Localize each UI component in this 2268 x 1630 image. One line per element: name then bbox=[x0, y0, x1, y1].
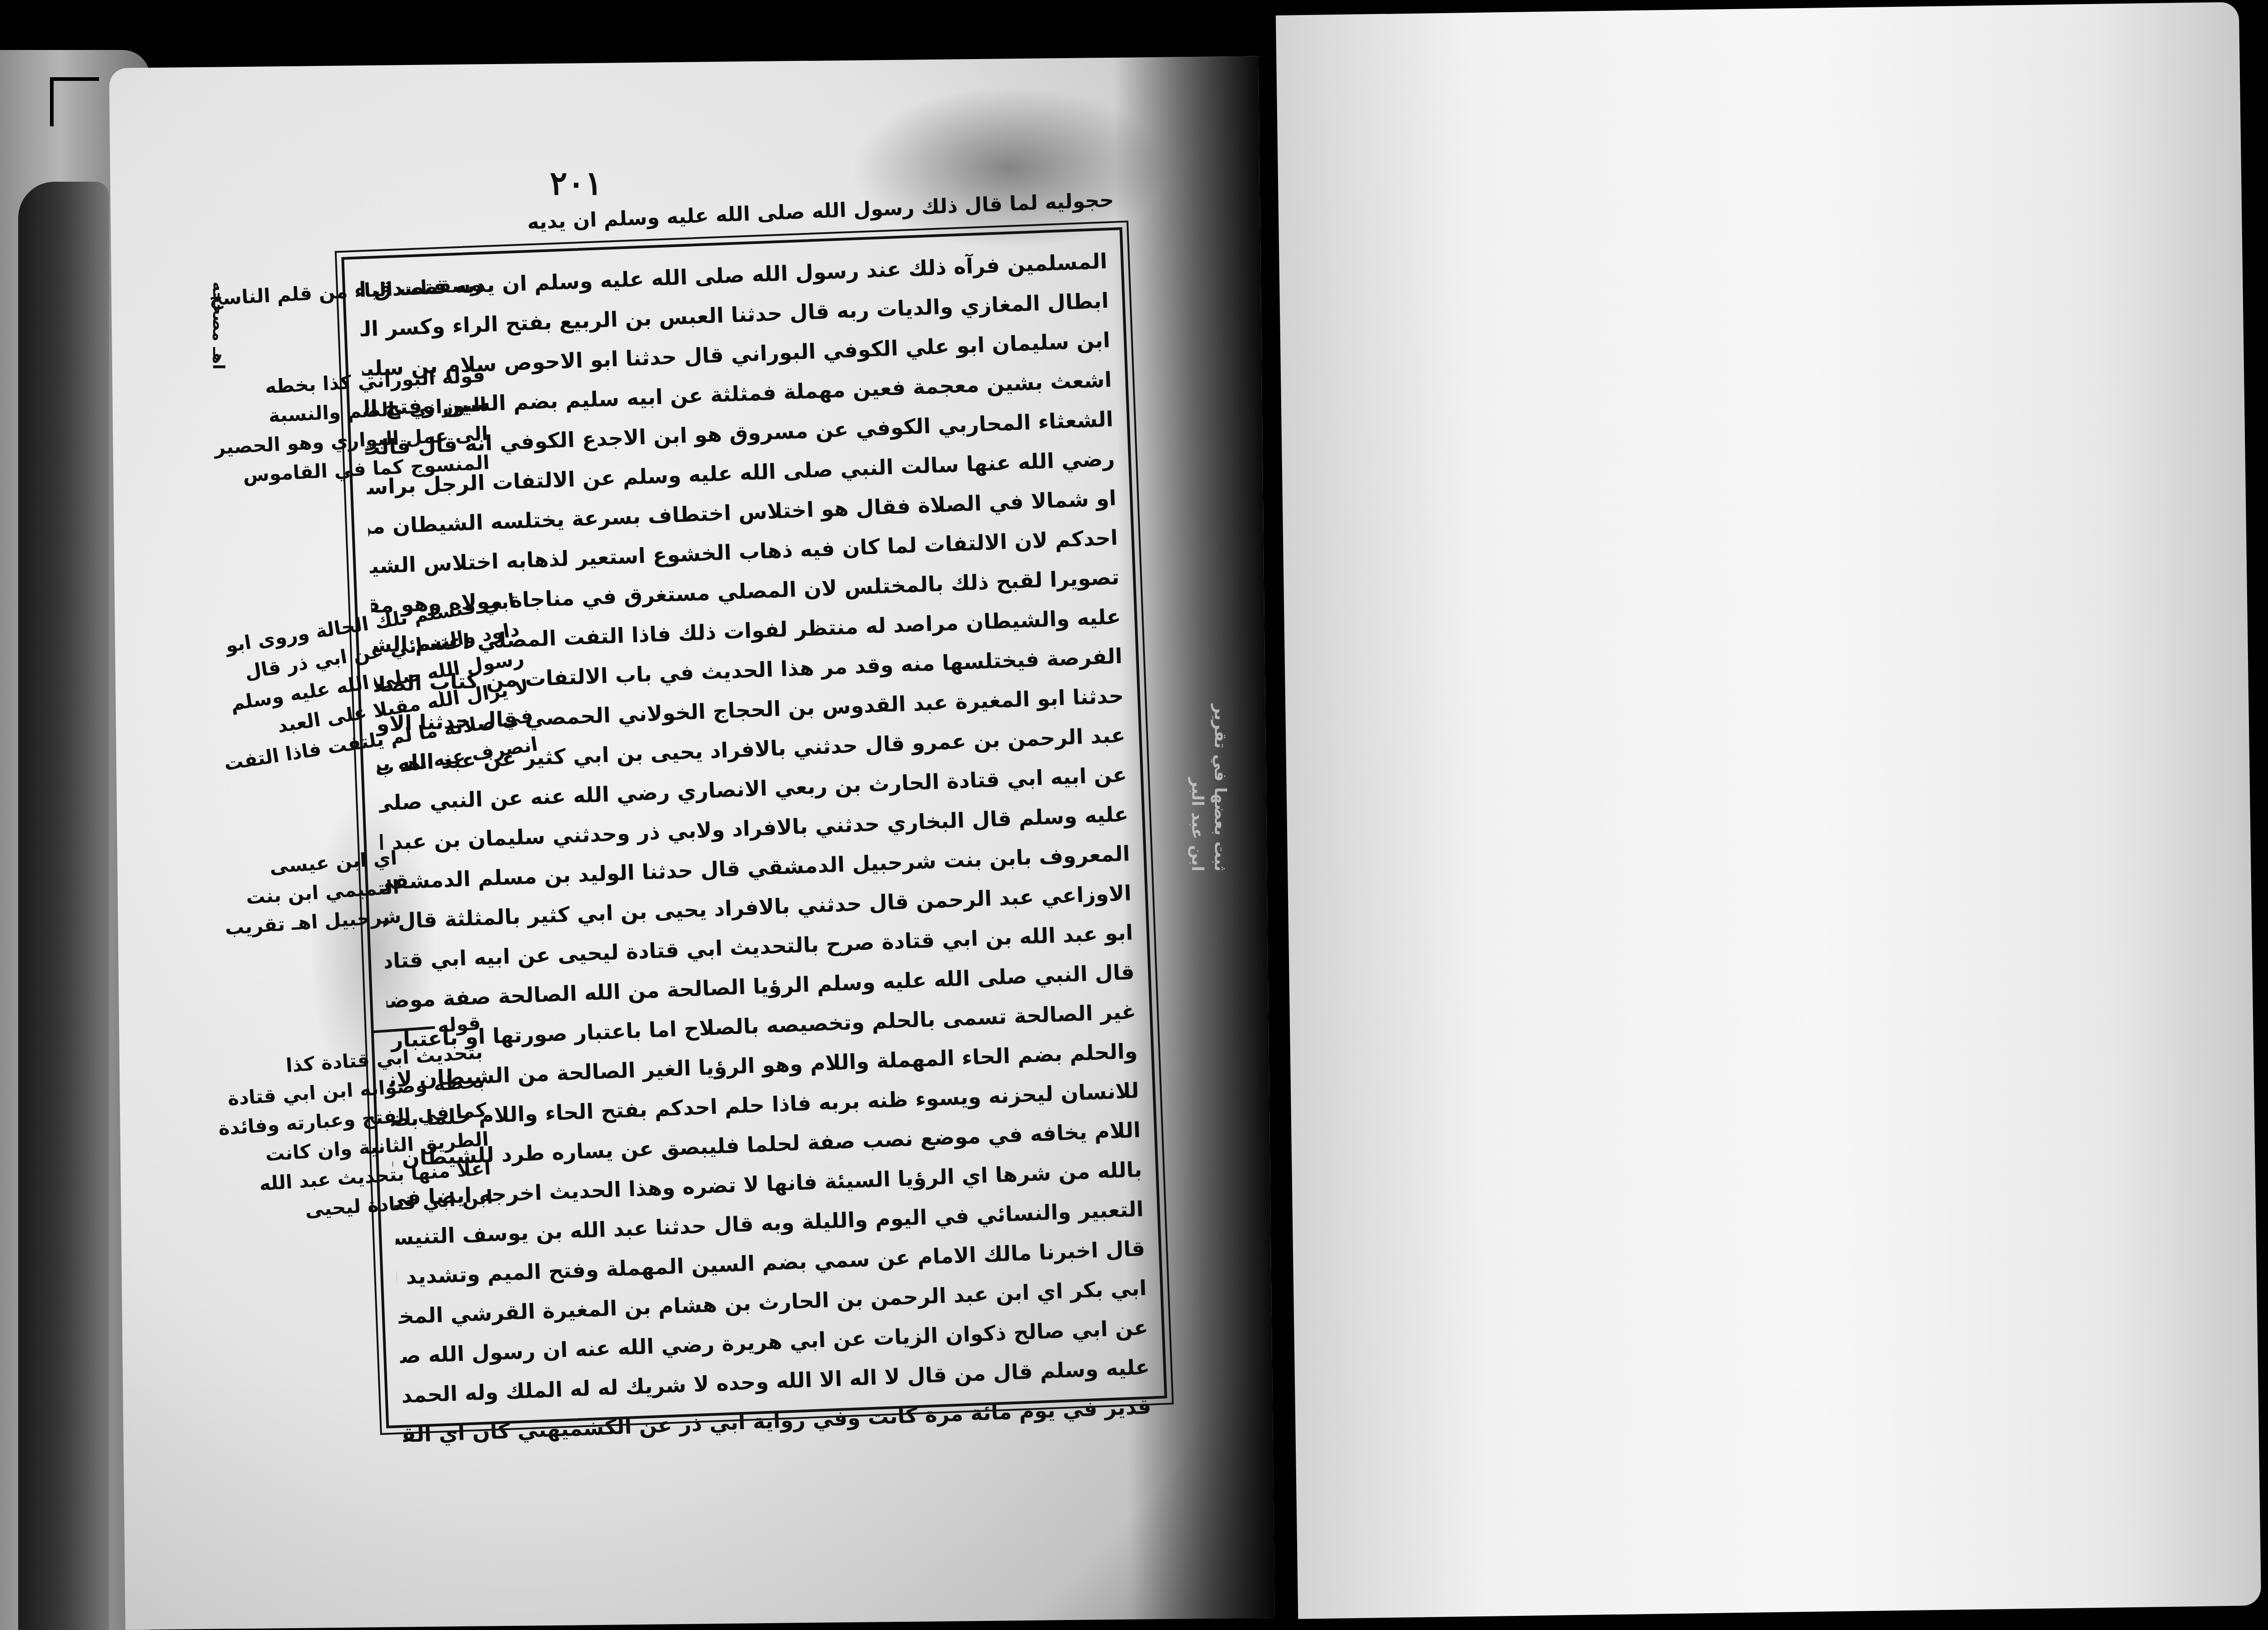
book-spine-shadow bbox=[18, 182, 109, 1630]
margin-note-keyword: قوله bbox=[437, 1012, 481, 1037]
margin-note-abi-qatada: قوله بتحديث ابي قتادة كذا بخطه وصوابه اب… bbox=[211, 1009, 494, 1230]
gutter-note-line: ابن عبد البر bbox=[1188, 778, 1207, 871]
gutter-note-line: ثبت بعضها في تقرير bbox=[1211, 704, 1229, 871]
note-dash-rule bbox=[371, 1026, 435, 1033]
margin-note-vertical-signature: اهـ مصححه bbox=[209, 282, 228, 370]
right-page-blank bbox=[1276, 2, 2261, 1619]
margin-note-ibn-isa: اي ابن عيسى التميمي ابن بنت شرحبيل اهـ ت… bbox=[220, 844, 402, 943]
corner-bracket-mark bbox=[50, 77, 99, 126]
folio-number: ٢٠١ bbox=[550, 164, 602, 202]
manuscript-scan: ٢٠١ حجوليه لما قال ذلك رسول الله صلى الل… bbox=[0, 0, 2268, 1630]
margin-note-bourani: قوله البوراني كذا بخطه البوراني بالضم وا… bbox=[211, 361, 490, 491]
gutter-marginal-note: ثبت بعضها في تقرير ابن عبد البر bbox=[1186, 704, 1231, 871]
